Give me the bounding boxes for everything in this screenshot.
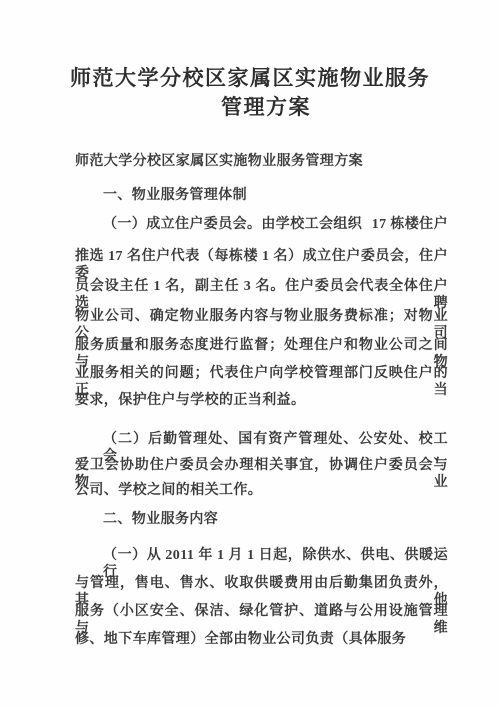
para-1-line-1: （一）成立住户委员会。由学校工会组织 17 栋楼住户 [103,216,448,233]
para-3-line-4: 修、地下车库管理）全部由物业公司负责（具体服务 [75,631,448,648]
document-page: 师范大学分校区家属区实施物业服务 管理方案 师范大学分校区家属区实施物业服务管理… [0,0,500,708]
para-1-line-1-left: （一）成立住户委员会。由学校工会组织 [103,216,362,233]
document-title: 师范大学分校区家属区实施物业服务 管理方案 [0,64,500,122]
para-1-line-2: 推选 17 名住户代表（每栋楼 1 名）成立住户委员会，住户委 [75,248,448,282]
title-line-1: 师范大学分校区家属区实施物业服务 [70,66,430,90]
units-count: 17 栋楼住户 [372,216,448,233]
subtitle-line: 师范大学分校区家属区实施物业服务管理方案 [75,153,448,170]
section-1-heading: 一、物业服务管理体制 [103,187,448,204]
title-line-2: 管理方案 [16,93,500,122]
para-1-line-7: 要求，保护住户与学校的正当利益。 [75,392,448,409]
para-2-line-3: 公司、学校之间的相关工作。 [75,482,448,499]
section-2-heading: 二、物业服务内容 [103,511,448,528]
para-1-line-3: 员会设主任 1 名，副主任 3 名。住户委员会代表全体住户选聘 [75,278,448,312]
